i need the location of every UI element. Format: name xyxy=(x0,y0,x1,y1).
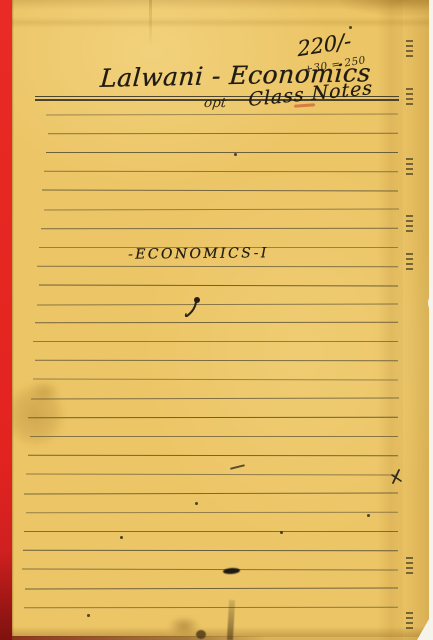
rule-line xyxy=(37,265,398,267)
rule-line xyxy=(41,227,398,229)
ink-smudge xyxy=(223,567,240,574)
speck xyxy=(349,26,352,29)
rule-line xyxy=(37,303,398,305)
rule-line xyxy=(35,360,398,362)
rule-line xyxy=(48,133,398,135)
water-stain-small xyxy=(30,380,60,402)
rule-line xyxy=(30,398,398,400)
rule-line xyxy=(26,512,398,514)
top-edge-stain xyxy=(339,0,429,16)
stitch-mark xyxy=(406,215,413,232)
horizontal-crease xyxy=(2,17,429,28)
rule-line xyxy=(24,606,398,608)
rule-line xyxy=(39,284,398,286)
red-ink-underline xyxy=(294,103,315,107)
scanned-notebook-cover: 220/- +30 = 250 Lalwani - Economics opt … xyxy=(0,0,433,640)
rule-line xyxy=(23,550,398,552)
rule-line xyxy=(44,171,398,173)
right-edge-nick xyxy=(428,296,433,310)
handwritten-annotation: opt xyxy=(203,95,227,111)
pen-scratch-mark xyxy=(390,468,403,485)
rule-line xyxy=(26,474,398,476)
rule-line xyxy=(22,568,398,570)
speck xyxy=(234,153,237,156)
speck xyxy=(195,502,198,505)
stitch-mark xyxy=(406,40,413,57)
rule-line xyxy=(25,587,398,589)
bottom-right-corner-tear xyxy=(417,612,433,640)
notebook-page: 220/- +30 = 250 Lalwani - Economics opt … xyxy=(2,0,429,640)
speck xyxy=(280,531,283,534)
ink-blot xyxy=(181,295,205,321)
rule-line xyxy=(46,114,398,116)
vertical-crease xyxy=(149,0,152,46)
rule-line xyxy=(42,189,398,191)
rule-line xyxy=(33,379,398,381)
stitch-mark xyxy=(406,557,413,574)
speck xyxy=(87,614,90,617)
pen-dash-mark xyxy=(230,464,245,470)
rule-line xyxy=(28,455,398,457)
spine-red-stripe xyxy=(0,0,12,640)
stitch-mark xyxy=(406,88,413,105)
stitch-mark xyxy=(406,158,413,175)
bottom-edge-underlayer xyxy=(2,636,267,640)
rule-line xyxy=(46,152,398,153)
stitch-mark xyxy=(406,253,413,270)
handwritten-price: 220/- xyxy=(297,29,352,62)
handwritten-section-heading: -ECONOMICS-I xyxy=(128,245,269,262)
rule-line xyxy=(24,492,398,494)
rule-line xyxy=(35,322,398,324)
rule-line xyxy=(24,531,398,532)
rule-line xyxy=(43,208,398,210)
rule-line xyxy=(30,436,398,437)
rule-line xyxy=(33,341,398,342)
speck xyxy=(367,514,370,517)
speck xyxy=(120,536,123,539)
rule-line xyxy=(28,417,398,419)
